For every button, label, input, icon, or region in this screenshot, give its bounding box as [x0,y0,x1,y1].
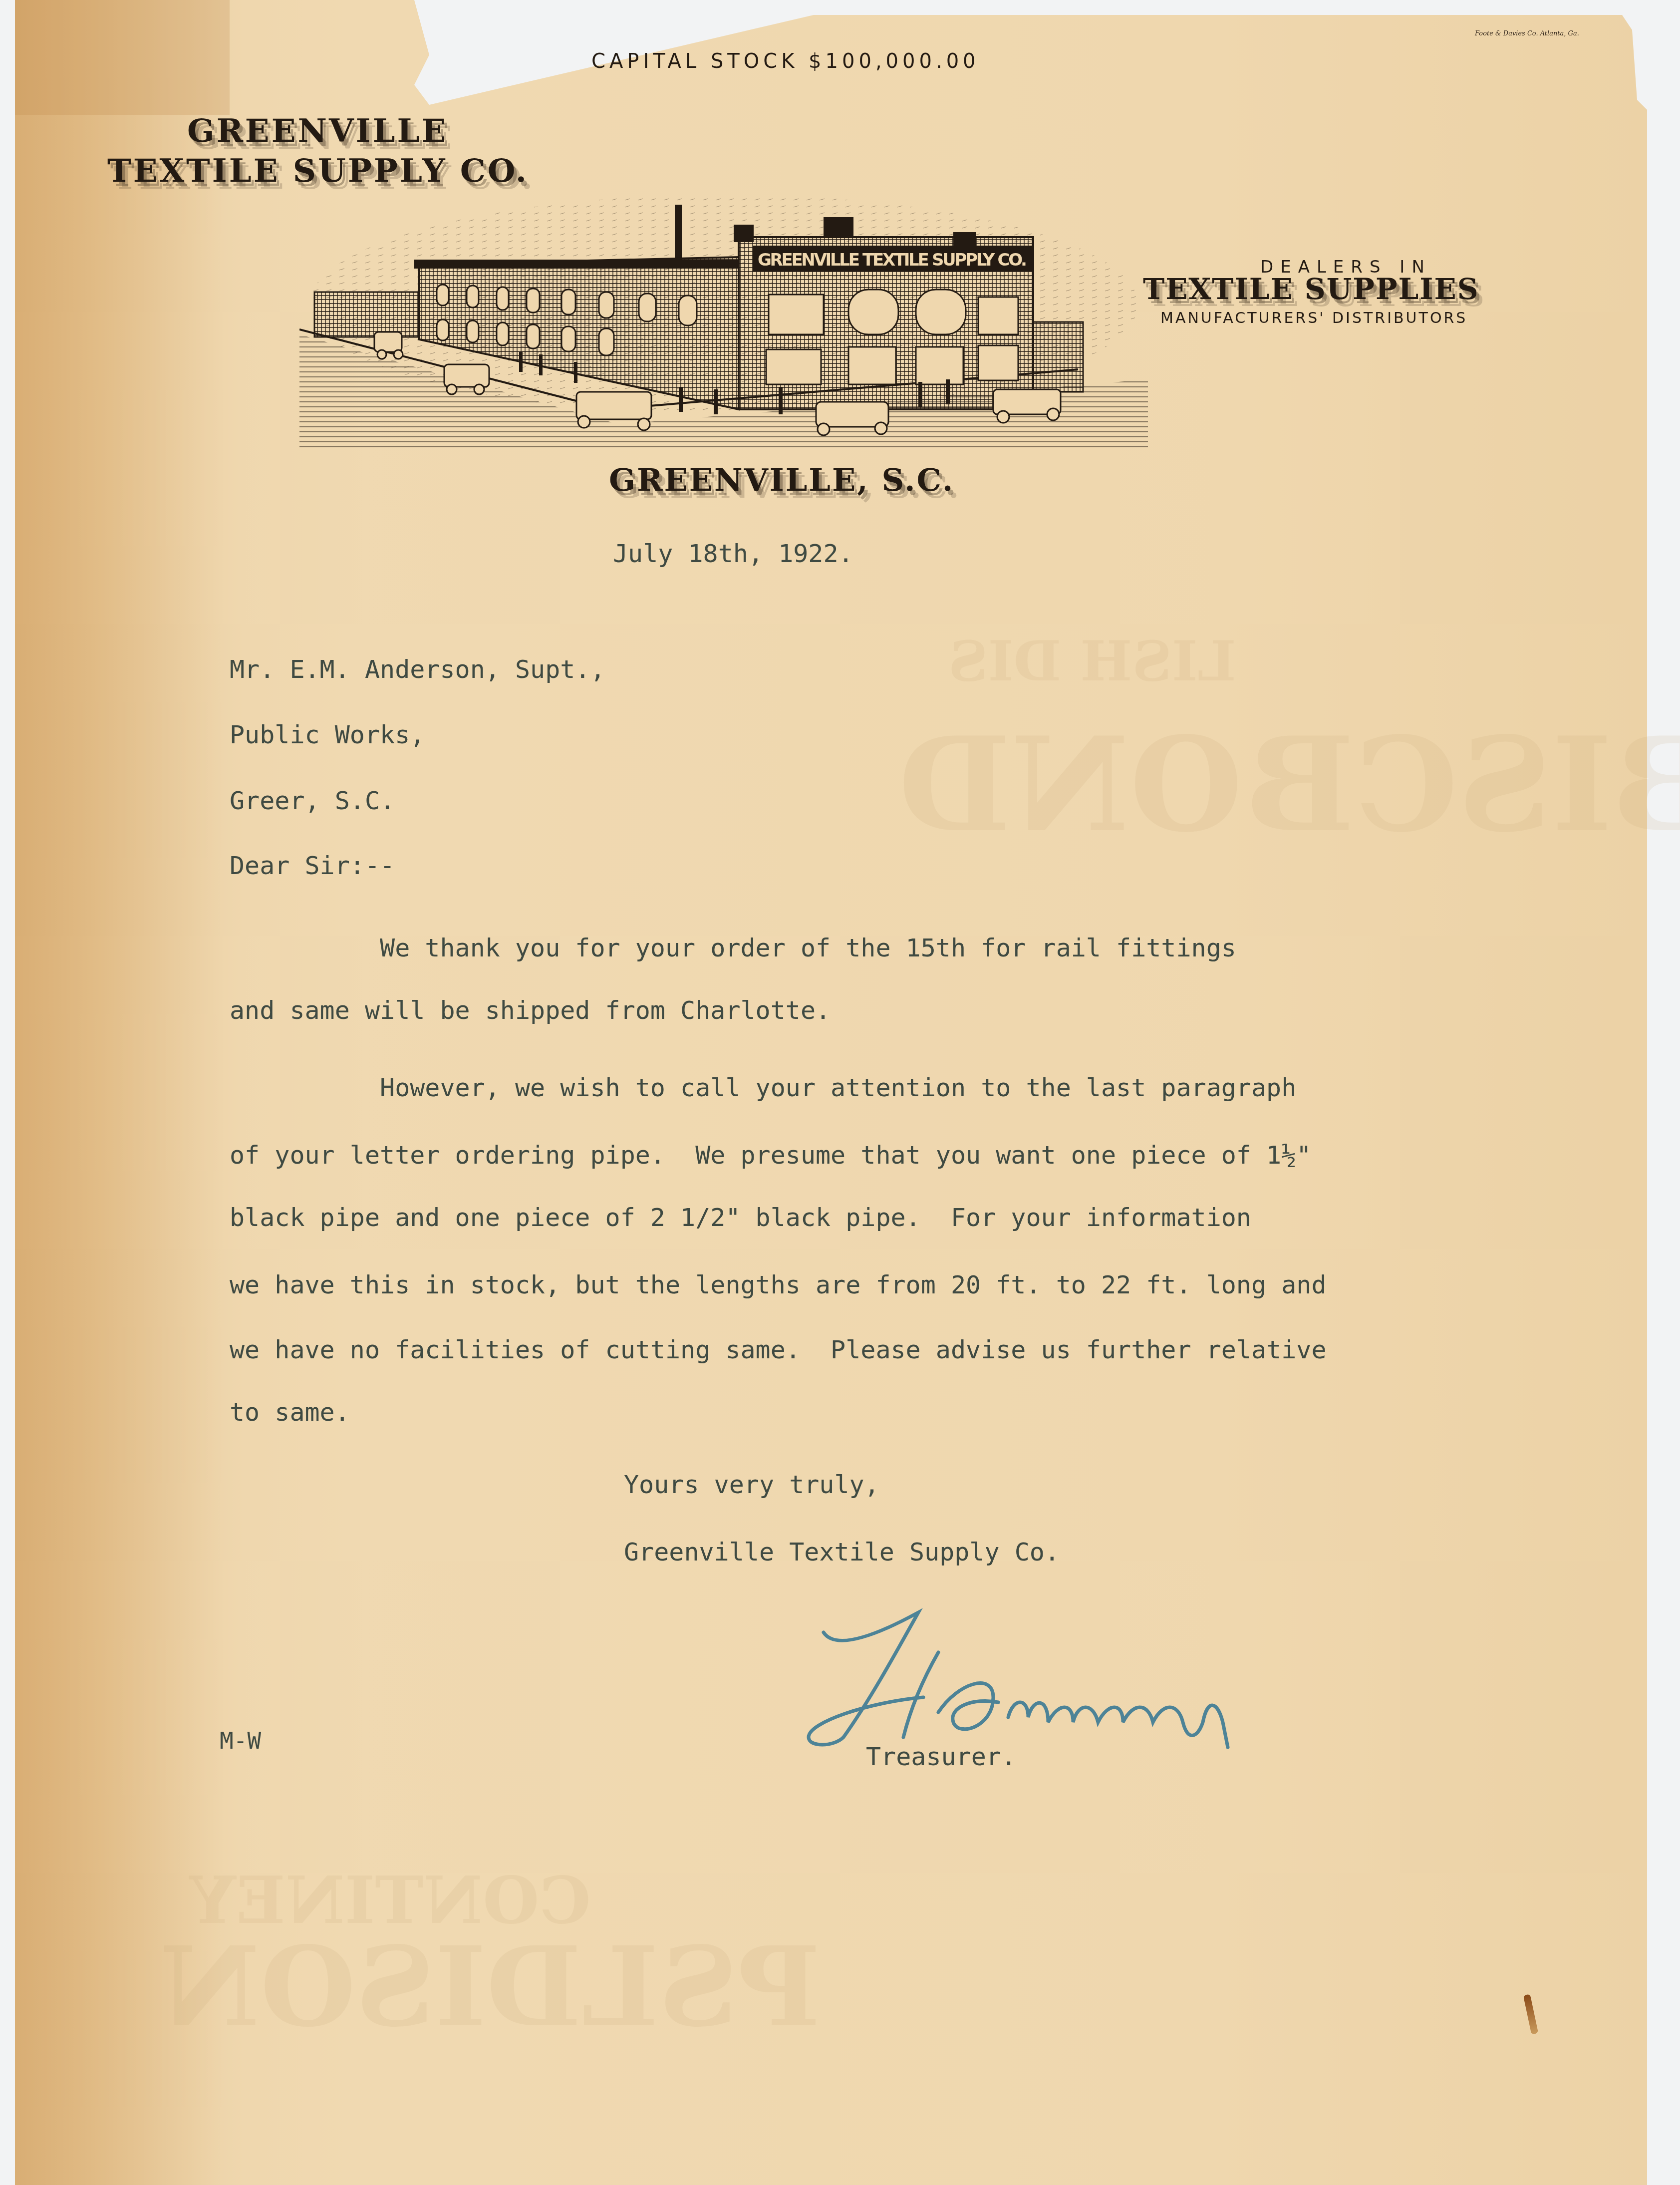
watermark-top-line1: LISH DIS [948,629,1236,693]
letter-date: July 18th, 1922. [613,539,853,568]
age-stain [15,0,225,2185]
printer-credit: Foote & Davies Co. Atlanta, Ga. [1475,30,1579,37]
signature-title: Treasurer. [866,1742,1016,1771]
body-line: we have this in stock, but the lengths a… [230,1270,1327,1299]
recipient-org: Public Works, [230,720,425,749]
handwritten-signature [794,1597,1343,1757]
typist-initials: M-W [220,1727,261,1754]
location-heading: GREENVILLE, S.C. [609,462,954,498]
body-line: and same will be shipped from Charlotte. [230,996,831,1025]
closing: Yours very truly, [624,1470,879,1499]
company-name-line2: TEXTILE SUPPLY CO. [107,152,529,190]
watermark-top-line2: BISCBOND [898,709,1680,861]
capital-stock: CAPITAL STOCK $100,000.00 [591,50,980,73]
watermark-bottom-line2: PSLDISON [160,1922,821,2051]
body-line: we have no facilities of cutting same. P… [230,1335,1327,1364]
building-sign: GREENVILLE TEXTILE SUPPLY CO. [758,250,1027,270]
company-signature: Greenville Textile Supply Co. [624,1538,1060,1566]
body-line: black pipe and one piece of 2 1/2" black… [230,1203,1251,1232]
recipient-name: Mr. E.M. Anderson, Supt., [230,655,605,684]
company-name-line1: GREENVILLE [187,112,448,150]
salutation: Dear Sir:-- [230,851,395,880]
specialty-heading: TEXTILE SUPPLIES [1143,272,1479,306]
distributors-label: MANUFACTURERS' DISTRIBUTORS [1160,310,1467,327]
age-stain-top [15,0,230,115]
body-line: However, we wish to call your attention … [230,1073,1296,1102]
body-line: We thank you for your order of the 15th … [230,934,1236,962]
body-line: of your letter ordering pipe. We presume… [230,1141,1311,1170]
building-illustration: GREENVILLE TEXTILE SUPPLY CO. [299,190,1148,449]
recipient-city: Greer, S.C. [230,786,395,815]
body-line: to same. [230,1398,350,1427]
